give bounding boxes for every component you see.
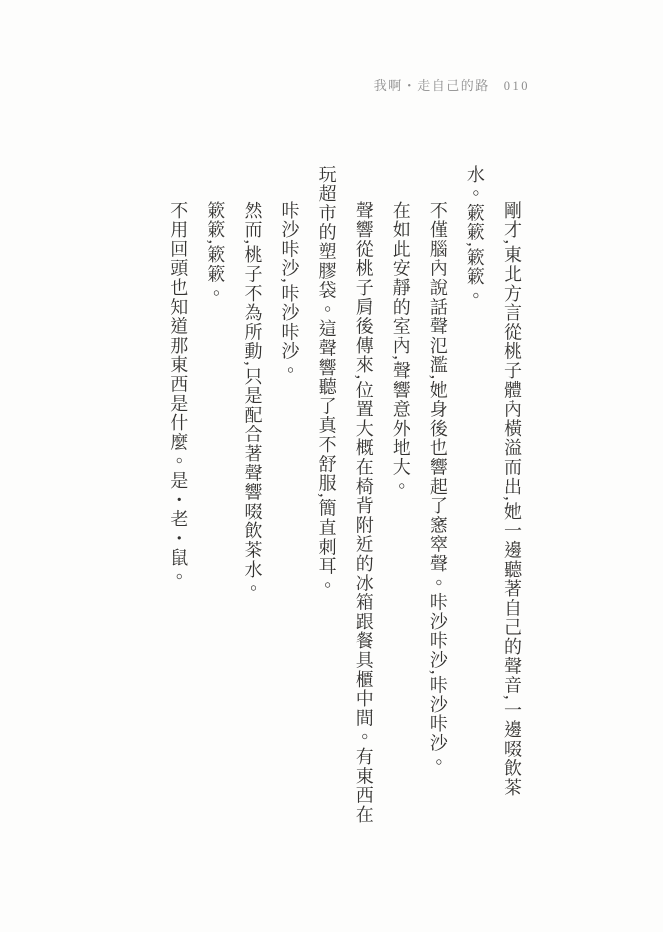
page-number: 010 bbox=[504, 79, 530, 94]
paragraph: 在如此安靜的室內,聲響意外地大。 bbox=[382, 165, 419, 825]
book-title: 我啊・走自己的路 bbox=[374, 75, 490, 94]
paragraph: 簌簌,簌簌。 bbox=[196, 165, 233, 825]
paragraph: 不僅腦內說話聲氾濫,她身後也響起了窸窣聲。咔沙咔沙,咔沙咔沙。 bbox=[419, 165, 456, 825]
paragraph: 不用回頭也知道那東西是什麼。是・老・鼠。 bbox=[159, 165, 196, 825]
body-text: 剛才,東北方言從桃子體內橫溢而出,她一邊聽著自己的聲音,一邊啜飲茶水。簌簌,簌簌… bbox=[159, 165, 530, 825]
book-page: 我啊・走自己的路 010 剛才,東北方言從桃子體內橫溢而出,她一邊聽著自己的聲音… bbox=[0, 0, 663, 932]
paragraph: 剛才,東北方言從桃子體內橫溢而出,她一邊聽著自己的聲音,一邊啜飲茶水。簌簌,簌簌… bbox=[456, 165, 530, 825]
paragraph: 聲響從桃子肩後傳來,位置大概在椅背附近的冰箱跟餐具櫃中間。有東西在玩超市的塑膠袋… bbox=[308, 165, 382, 825]
paragraph: 然而,桃子不為所動,只是配合著聲響啜飲茶水。 bbox=[233, 165, 270, 825]
paragraph: 咔沙咔沙,咔沙咔沙。 bbox=[270, 165, 307, 825]
running-header: 我啊・走自己的路 010 bbox=[374, 75, 530, 94]
